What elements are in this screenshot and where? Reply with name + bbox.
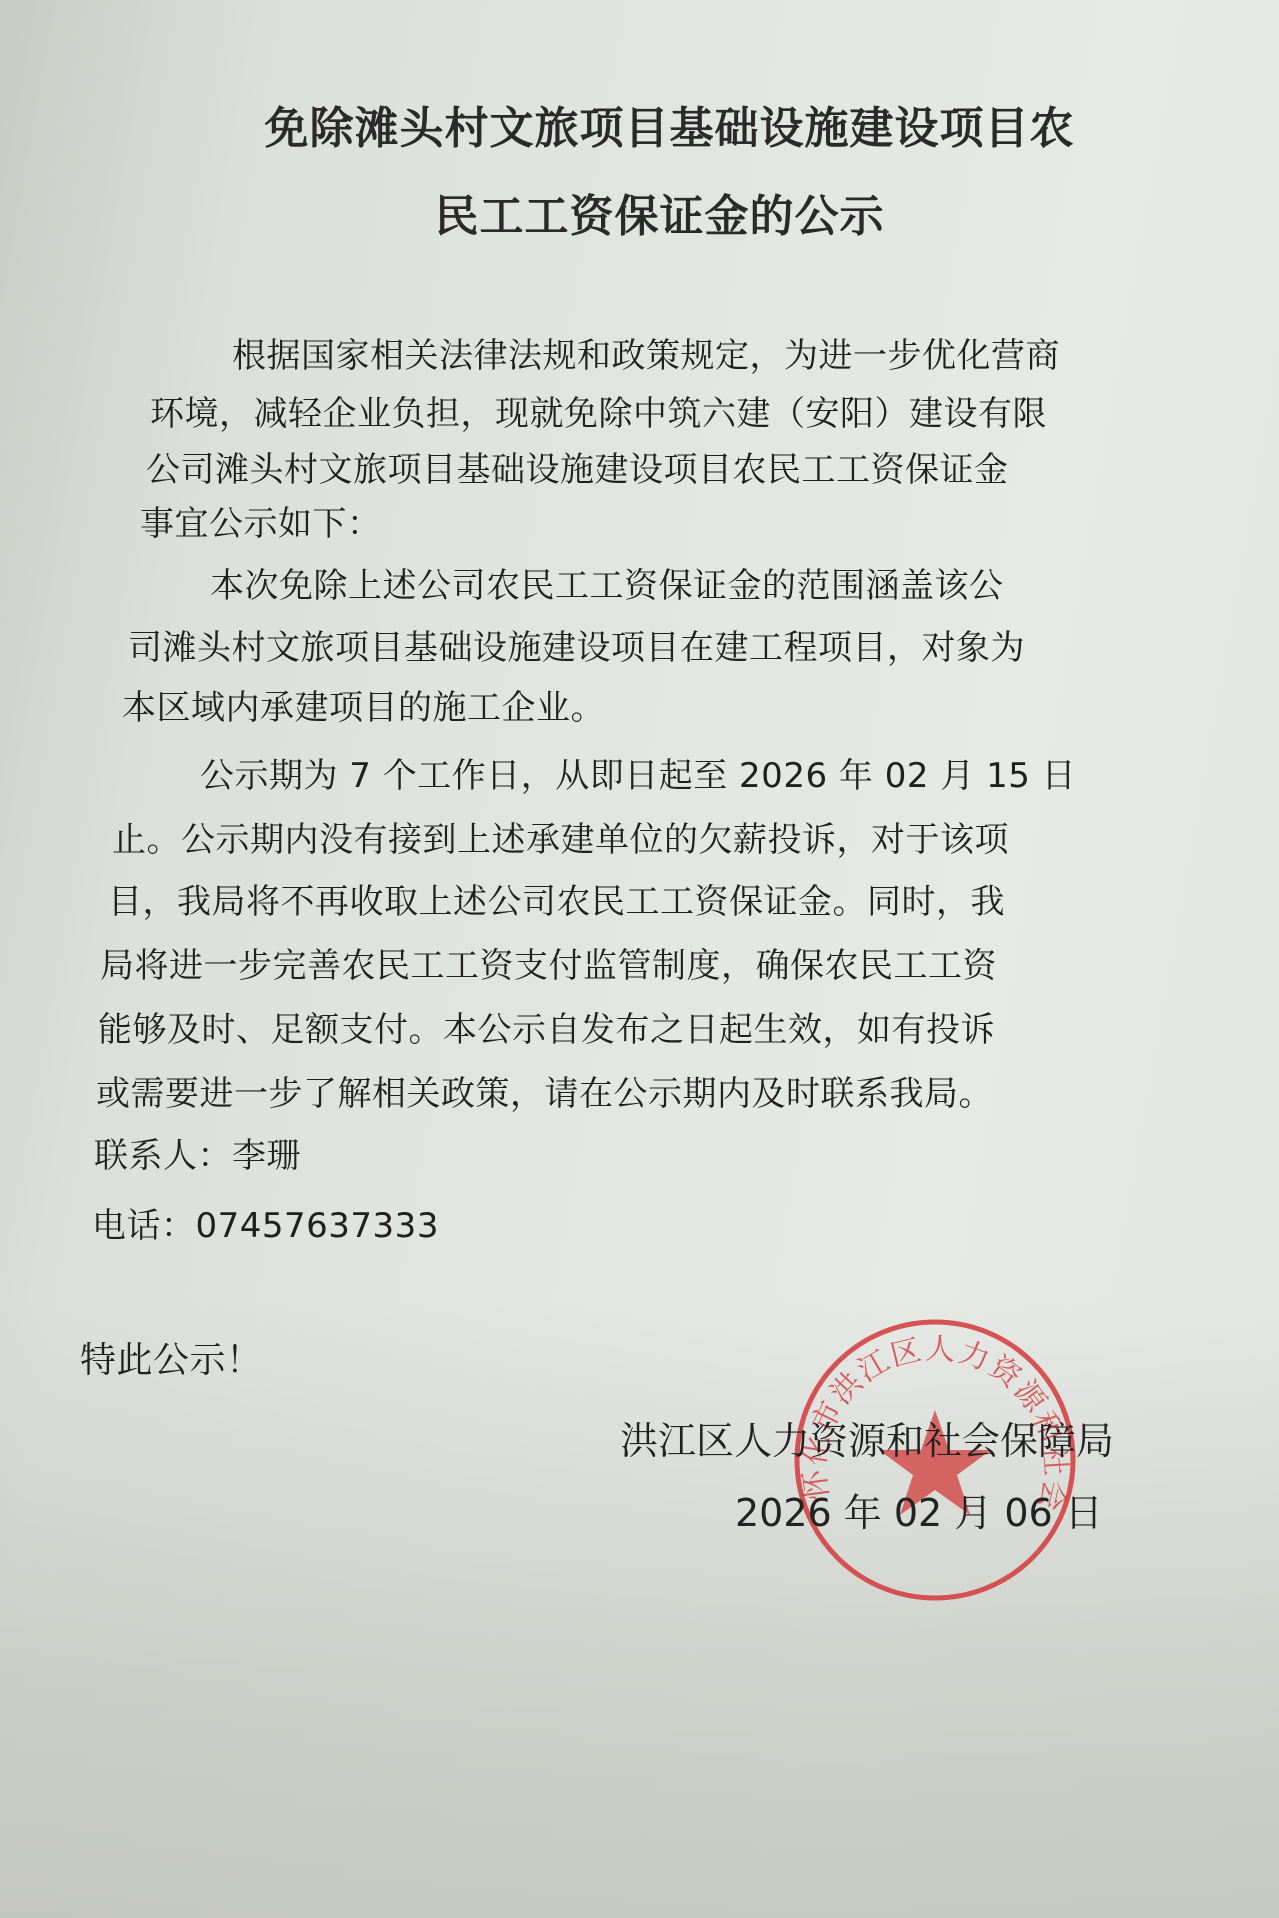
title-line-2: 民工工资保证金的公示: [20, 180, 1279, 244]
contact-phone: 电话：07457637333: [92, 1198, 439, 1247]
paragraph-1-line: 公司滩头村文旅项目基础设施建设项目农民工工资保证金: [146, 442, 1009, 491]
paragraph-3-line: 止。公示期内没有接到上述承建单位的欠薪投诉，对于该项: [112, 812, 1009, 861]
paragraph-2-line: 司滩头村文旅项目基础设施建设项目在建工程项目，对象为: [128, 620, 1025, 669]
paragraph-1-line: 事宜公示如下：: [140, 496, 382, 545]
contact-person: 联系人：李珊: [94, 1128, 301, 1177]
paragraph-3-line: 能够及时、足额支付。本公示自发布之日起生效，如有投诉: [98, 1002, 995, 1051]
closing-text: 特此公示！: [80, 1332, 263, 1383]
issuer-name: 洪江区人力资源和社会保障局: [620, 1410, 1114, 1465]
paragraph-3-line: 公示期为 7 个工作日，从即日起至 2026 年 02 月 15 日: [200, 748, 1076, 797]
title-line-1: 免除滩头村文旅项目基础设施建设项目农: [30, 92, 1279, 156]
paragraph-1-line: 环境，减轻企业负担，现就免除中筑六建（安阳）建设有限: [150, 386, 1047, 435]
paragraph-2-line: 本区域内承建项目的施工企业。: [122, 680, 605, 729]
paragraph-1-line: 根据国家相关法律法规和政策规定，为进一步优化营商: [232, 328, 1060, 377]
paragraph-2-line: 本次免除上述公司农民工工资保证金的范围涵盖该公: [210, 558, 1004, 607]
paragraph-3-line: 局将进一步完善农民工工资支付监管制度，确保农民工工资: [100, 938, 997, 987]
paragraph-3-line: 目，我局将不再收取上述公司农民工工资保证金。同时，我: [108, 874, 1005, 923]
photo-shadow: [0, 1300, 1279, 1918]
paragraph-3-line: 或需要进一步了解相关政策，请在公示期内及时联系我局。: [96, 1066, 993, 1115]
issue-date: 2026 年 02 月 06 日: [735, 1482, 1103, 1537]
